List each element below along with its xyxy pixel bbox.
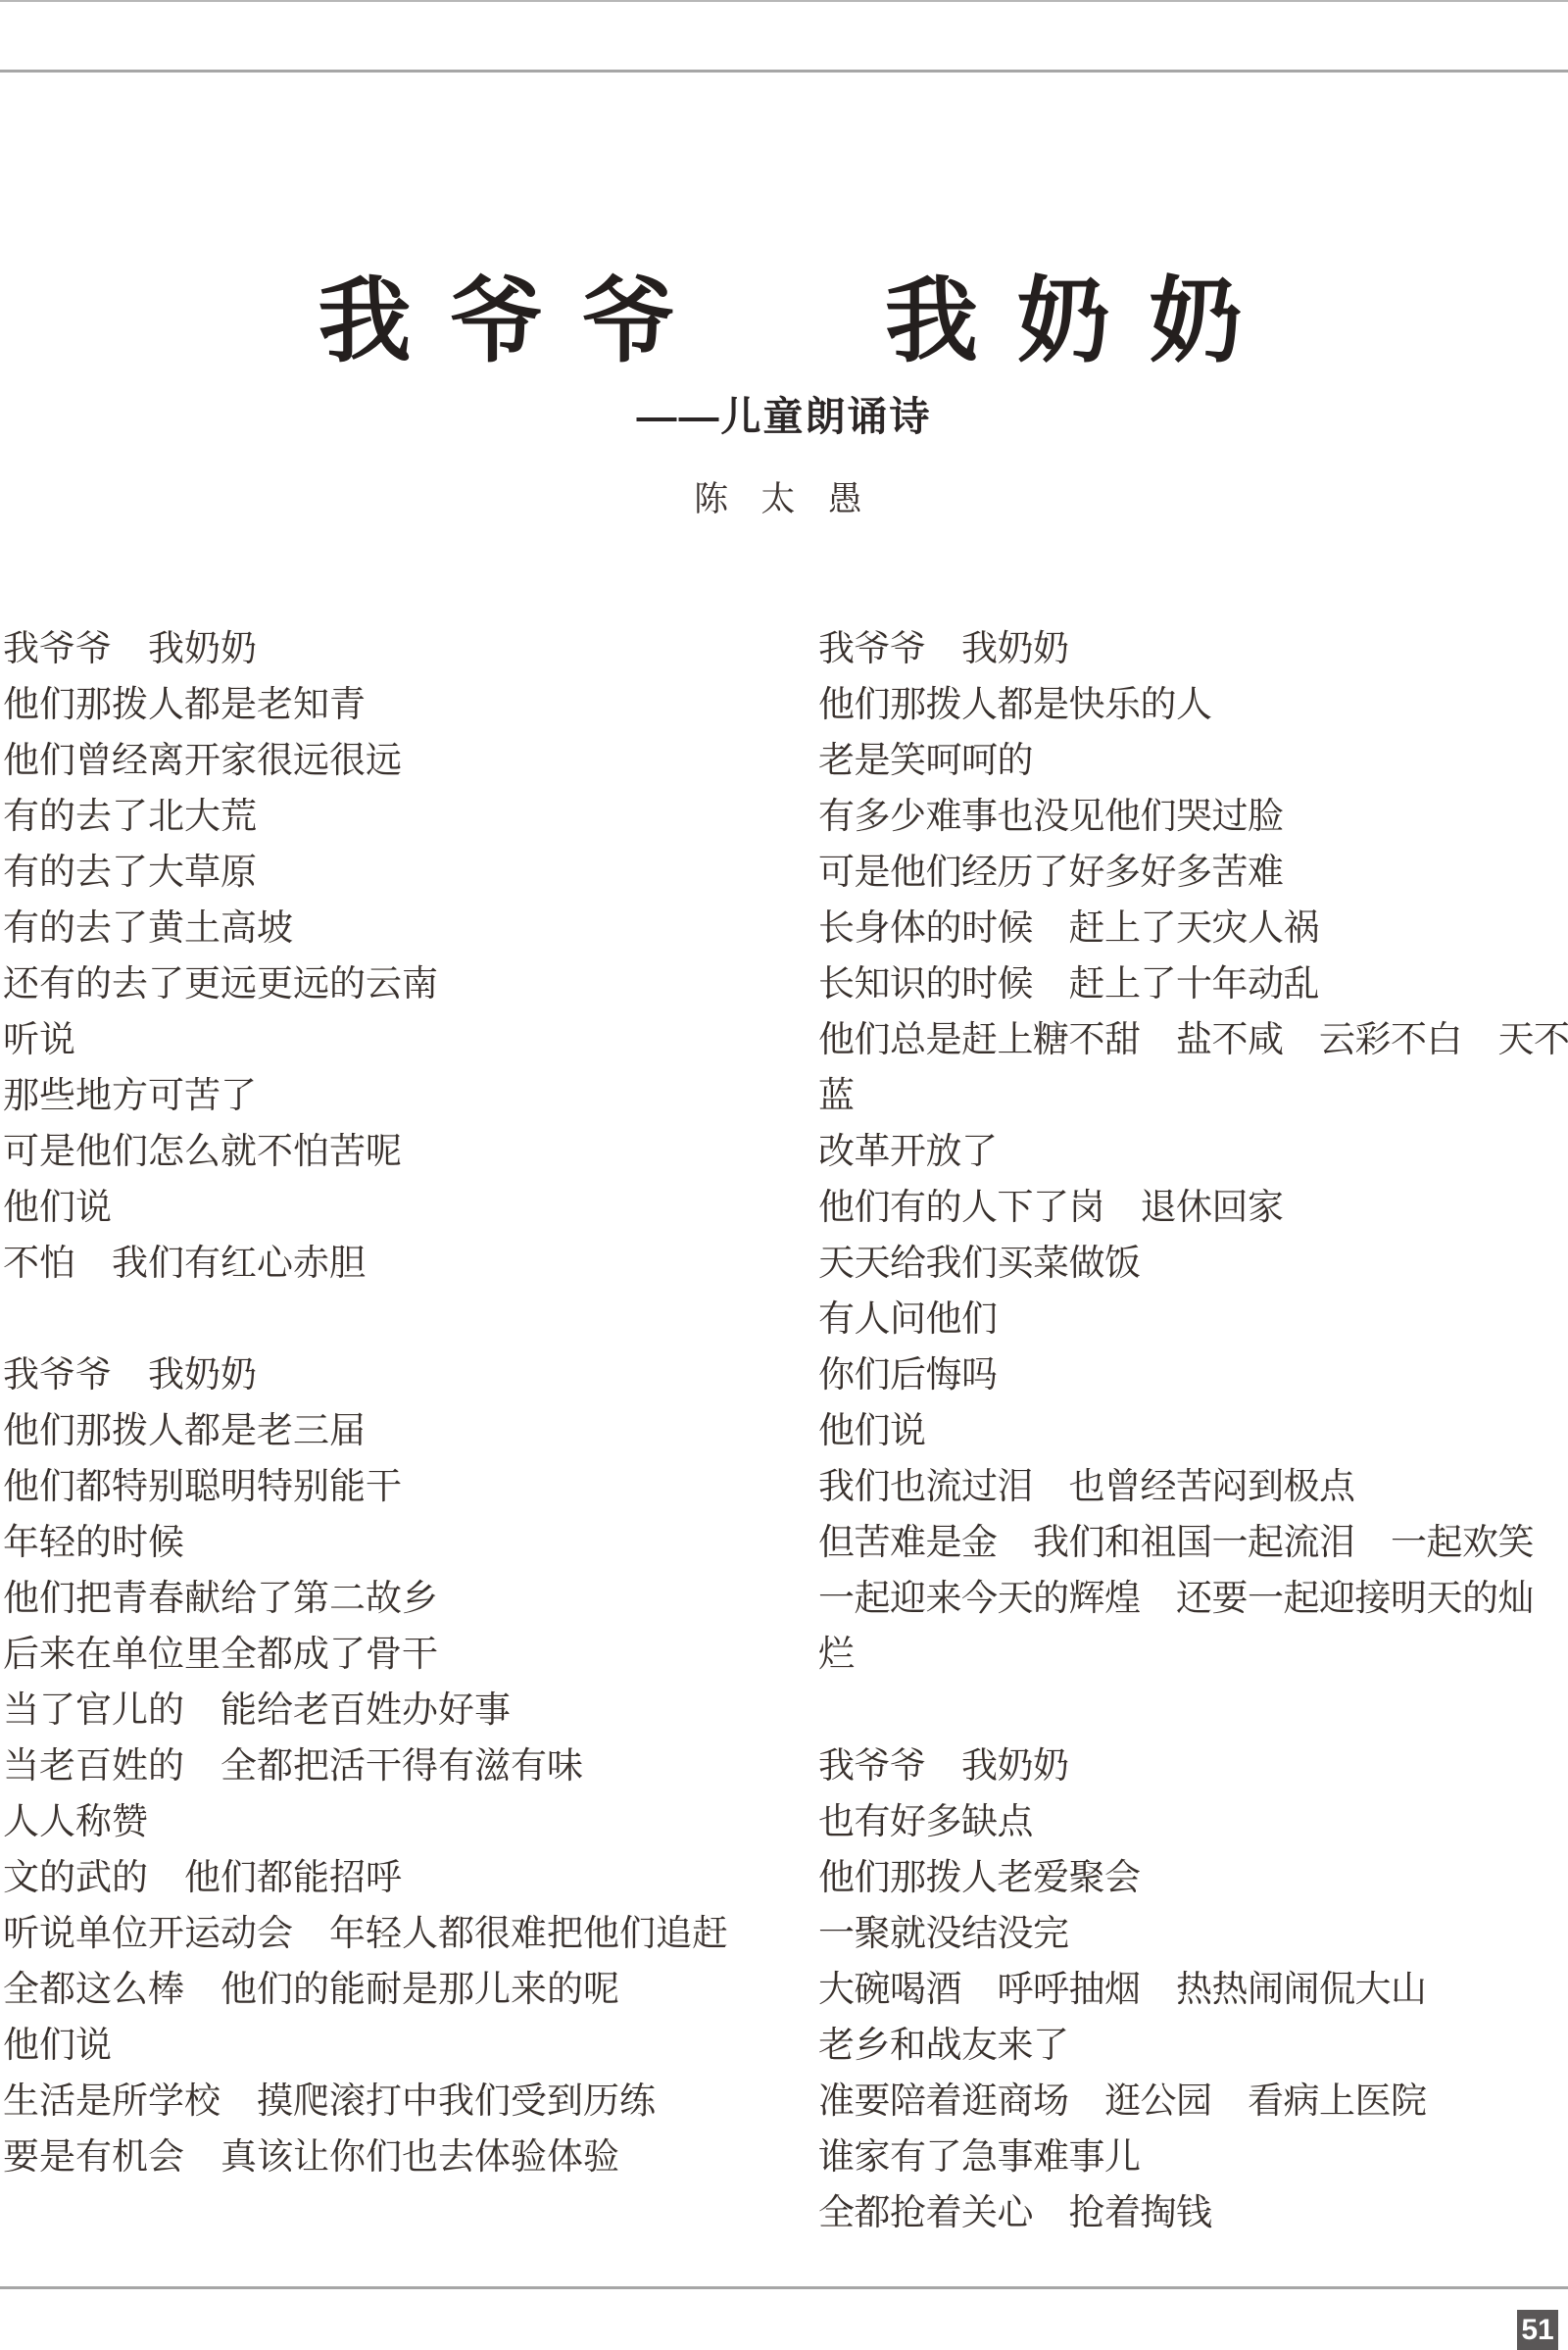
poem-line: 改革开放了: [818, 1124, 1568, 1180]
poem-line: 人人称赞: [3, 1794, 787, 1850]
poem-line: 听说: [3, 1012, 787, 1068]
poem-line: 生活是所学校 摸爬滚打中我们受到历练: [3, 2074, 787, 2130]
poem-line: 大碗喝酒 呼呼抽烟 热热闹闹侃大山: [818, 1962, 1568, 2018]
poem-line: 有的去了北大荒: [3, 789, 787, 845]
document-page: 我 爷 爷 我 奶 奶 ——儿童朗诵诗 陈 太 愚 我爷爷 我奶奶他们那拨人都是…: [0, 0, 1568, 2350]
poem-line: 他们那拨人都是老知青: [3, 677, 787, 733]
poem-line: 老乡和战友来了: [818, 2018, 1568, 2074]
poem-line: 有的去了黄土高坡: [3, 901, 787, 956]
poem-line: 他们说: [818, 1403, 1568, 1459]
poem-line: 一起迎来今天的辉煌 还要一起迎接明天的灿: [818, 1571, 1568, 1627]
poem-line: 他们那拨人都是快乐的人: [818, 677, 1568, 733]
poem-line: 他们那拨人老爱聚会: [818, 1850, 1568, 1906]
poem-line: 蓝: [818, 1068, 1568, 1124]
poem-line: 不怕 我们有红心赤胆: [3, 1236, 787, 1292]
poem-title: 我 爷 爷 我 奶 奶: [0, 247, 1568, 380]
poem-line: 烂: [818, 1627, 1568, 1683]
footer-rule: [0, 2286, 1568, 2289]
poem-line: 当了官儿的 能给老百姓办好事: [3, 1683, 787, 1738]
poem-line: 他们说: [3, 2018, 787, 2074]
poem-line: 准要陪着逛商场 逛公园 看病上医院: [818, 2074, 1568, 2130]
poem-line: 年轻的时候: [3, 1515, 787, 1571]
poem-line: 我爷爷 我奶奶: [818, 1738, 1568, 1794]
poem-line: 谁家有了急事难事儿: [818, 2130, 1568, 2185]
poem-line: 全都抢着关心 抢着掏钱: [818, 2185, 1568, 2241]
poem-line: 还有的去了更远更远的云南: [3, 956, 787, 1012]
poem-line: 长知识的时候 赶上了十年动乱: [818, 956, 1568, 1012]
poem-line: 长身体的时候 赶上了天灾人祸: [818, 901, 1568, 956]
poem-line: 那些地方可苦了: [3, 1068, 787, 1124]
poem-line: 他们曾经离开家很远很远: [3, 733, 787, 789]
poem-line: 听说单位开运动会 年轻人都很难把他们追赶: [3, 1906, 787, 1962]
poem-line: 有人问他们: [818, 1292, 1568, 1347]
poem-line: 当老百姓的 全都把活干得有滋有味: [3, 1738, 787, 1794]
poem-line: 你们后悔吗: [818, 1347, 1568, 1403]
poem-line: 他们总是赶上糖不甜 盐不咸 云彩不白 天不: [818, 1012, 1568, 1068]
poem-line: 我爷爷 我奶奶: [818, 621, 1568, 677]
poem-line: 他们说: [3, 1180, 787, 1236]
poem-subtitle: ——儿童朗诵诗: [0, 384, 1568, 442]
poem-line: 有多少难事也没见他们哭过脸: [818, 789, 1568, 845]
poem-line: 他们把青春献给了第二故乡: [3, 1571, 787, 1627]
poem-line: 我们也流过泪 也曾经苦闷到极点: [818, 1459, 1568, 1515]
page-number-badge: 51: [1517, 2310, 1558, 2350]
header-rule: [0, 70, 1568, 73]
poem-line: 一聚就没结没完: [818, 1906, 1568, 1962]
poem-line: [3, 1292, 787, 1347]
poem-line: 我爷爷 我奶奶: [3, 621, 787, 677]
poem-line: 有的去了大草原: [3, 845, 787, 901]
poem-line: [818, 1683, 1568, 1738]
page-top-edge-line: [0, 0, 1568, 2]
poem-line: 他们有的人下了岗 退休回家: [818, 1180, 1568, 1236]
poem-column-right: 我爷爷 我奶奶他们那拨人都是快乐的人老是笑呵呵的有多少难事也没见他们哭过脸可是他…: [818, 621, 1568, 2241]
poem-line: 我爷爷 我奶奶: [3, 1347, 787, 1403]
poem-author: 陈 太 愚: [0, 472, 1568, 521]
poem-line: 他们都特别聪明特别能干: [3, 1459, 787, 1515]
poem-line: 可是他们经历了好多好多苦难: [818, 845, 1568, 901]
poem-line: 全都这么棒 他们的能耐是那儿来的呢: [3, 1962, 787, 2018]
poem-line: 后来在单位里全都成了骨干: [3, 1627, 787, 1683]
poem-line: 天天给我们买菜做饭: [818, 1236, 1568, 1292]
poem-column-left: 我爷爷 我奶奶他们那拨人都是老知青他们曾经离开家很远很远有的去了北大荒有的去了大…: [3, 621, 787, 2185]
poem-line: 文的武的 他们都能招呼: [3, 1850, 787, 1906]
poem-line: 老是笑呵呵的: [818, 733, 1568, 789]
poem-line: 他们那拨人都是老三届: [3, 1403, 787, 1459]
poem-line: 要是有机会 真该让你们也去体验体验: [3, 2130, 787, 2185]
poem-line: 也有好多缺点: [818, 1794, 1568, 1850]
poem-line: 但苦难是金 我们和祖国一起流泪 一起欢笑: [818, 1515, 1568, 1571]
poem-line: 可是他们怎么就不怕苦呢: [3, 1124, 787, 1180]
